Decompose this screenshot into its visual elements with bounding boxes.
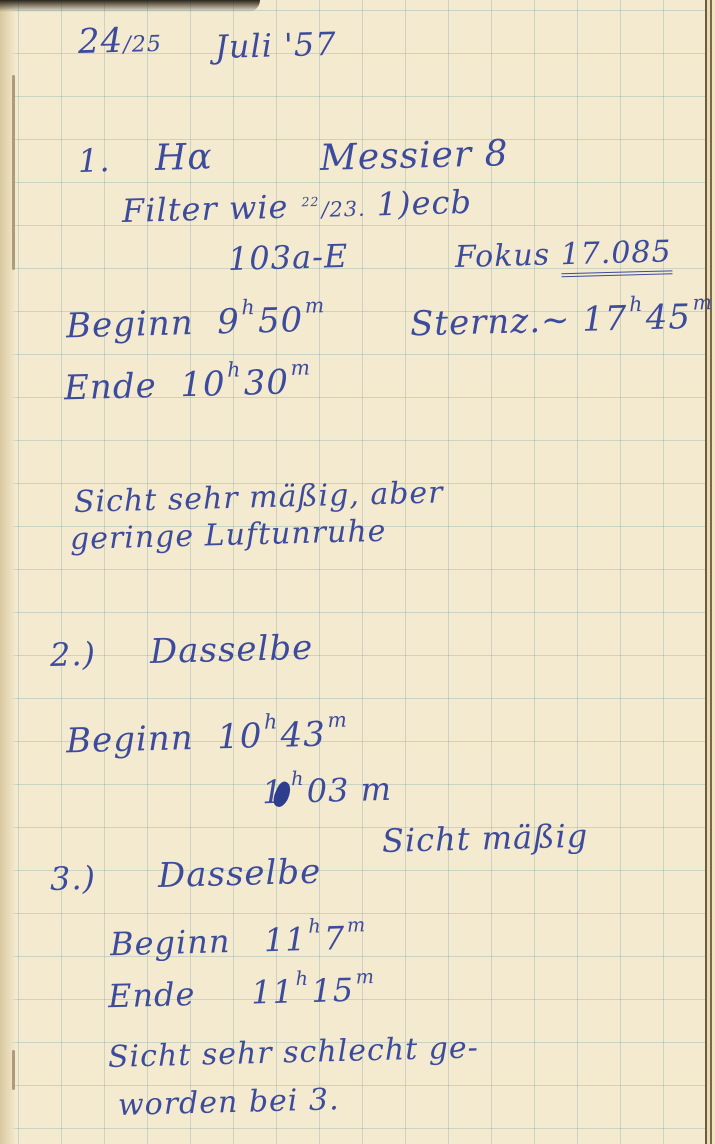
hour-unit: h [241, 295, 256, 319]
entry-1-end: Ende 10h30m [63, 355, 313, 408]
begin-minutes: 7 [323, 919, 345, 958]
entry-2-title: Dasselbe [149, 628, 313, 672]
begin-label: Beginn [66, 718, 195, 761]
header-date: 24/25 [77, 20, 162, 62]
begin-hours: 9 [217, 302, 241, 343]
entry-3-begin: Beginn 11h7m [109, 913, 369, 963]
binding-thread [12, 1050, 15, 1090]
entry-2-note: Sicht mäßig [382, 817, 589, 860]
filter-ref-top: 22 [301, 194, 319, 209]
entry-1-number: 1. [78, 141, 112, 180]
hour-unit: h [629, 292, 644, 316]
begin-minutes: 50 [257, 300, 303, 341]
page-right-edge [705, 0, 715, 1144]
minute-unit: m [692, 290, 713, 315]
end-minutes: 03 [306, 771, 350, 810]
hour-unit: h [264, 709, 279, 733]
filter-label: Filter wie [122, 188, 289, 230]
binding-thread [12, 75, 15, 270]
entry-3-number: 3.) [50, 859, 97, 898]
entry-3-title: Dasselbe [157, 852, 321, 896]
top-edge-shadow [0, 0, 260, 12]
sidereal-hours: 17 [582, 299, 628, 340]
minute-unit: m [290, 356, 311, 381]
begin-label: Beginn [110, 922, 231, 963]
end-hours: 10 [180, 364, 226, 405]
hour-unit: h [308, 914, 322, 937]
entry-1-focus: Fokus 17.085 [455, 234, 673, 275]
entry-1-filter: Hα [154, 136, 213, 178]
sidereal-minutes: 45 [645, 297, 691, 338]
end-minutes: 30 [243, 362, 289, 403]
begin-label: Beginn [66, 303, 195, 346]
end-minutes: 15 [311, 971, 355, 1010]
entry-1-object: Messier 8 [319, 133, 509, 179]
end-label: Ende [108, 975, 196, 1015]
begin-hours: 11 [263, 920, 307, 959]
hour-unit: h [291, 767, 305, 790]
filter-suffix: 1)ecb [376, 183, 472, 223]
end-hours: 11 [251, 972, 295, 1011]
date-day-2: 25 [131, 31, 162, 58]
begin-hours: 10 [217, 716, 263, 757]
filter-ref-bottom: 23. [329, 197, 366, 222]
hour-unit: h [295, 967, 309, 990]
sidereal-label: Sternz.~ [410, 300, 571, 344]
entry-1-sidereal-time: Sternz.~ 17h45m [409, 290, 715, 344]
hour-unit: h [227, 357, 242, 381]
begin-minutes: 43 [280, 715, 326, 756]
minute-unit: m [360, 770, 392, 809]
entry-3-note-line-2: worden bei 3. [118, 1082, 340, 1123]
entry-2-begin: Beginn 10h43m [65, 708, 350, 762]
entry-2-end: 1h03 m [261, 765, 392, 812]
header-month-year: Juli '57 [215, 25, 338, 66]
minute-unit: m [355, 965, 375, 988]
entry-3-end: Ende 11h15m [107, 965, 377, 1015]
date-day-1: 24 [77, 21, 123, 62]
focus-label: Fokus [455, 238, 551, 275]
end-label: Ende [64, 366, 158, 408]
minute-unit: m [305, 293, 326, 318]
entry-2-number: 2.) [50, 635, 97, 674]
focus-value: 17.085 [560, 234, 672, 277]
minute-unit: m [347, 913, 367, 936]
minute-unit: m [327, 708, 348, 733]
entry-1-begin: Beginn 9h50m [65, 293, 328, 346]
entry-1-plate: 103a-E [228, 237, 349, 278]
